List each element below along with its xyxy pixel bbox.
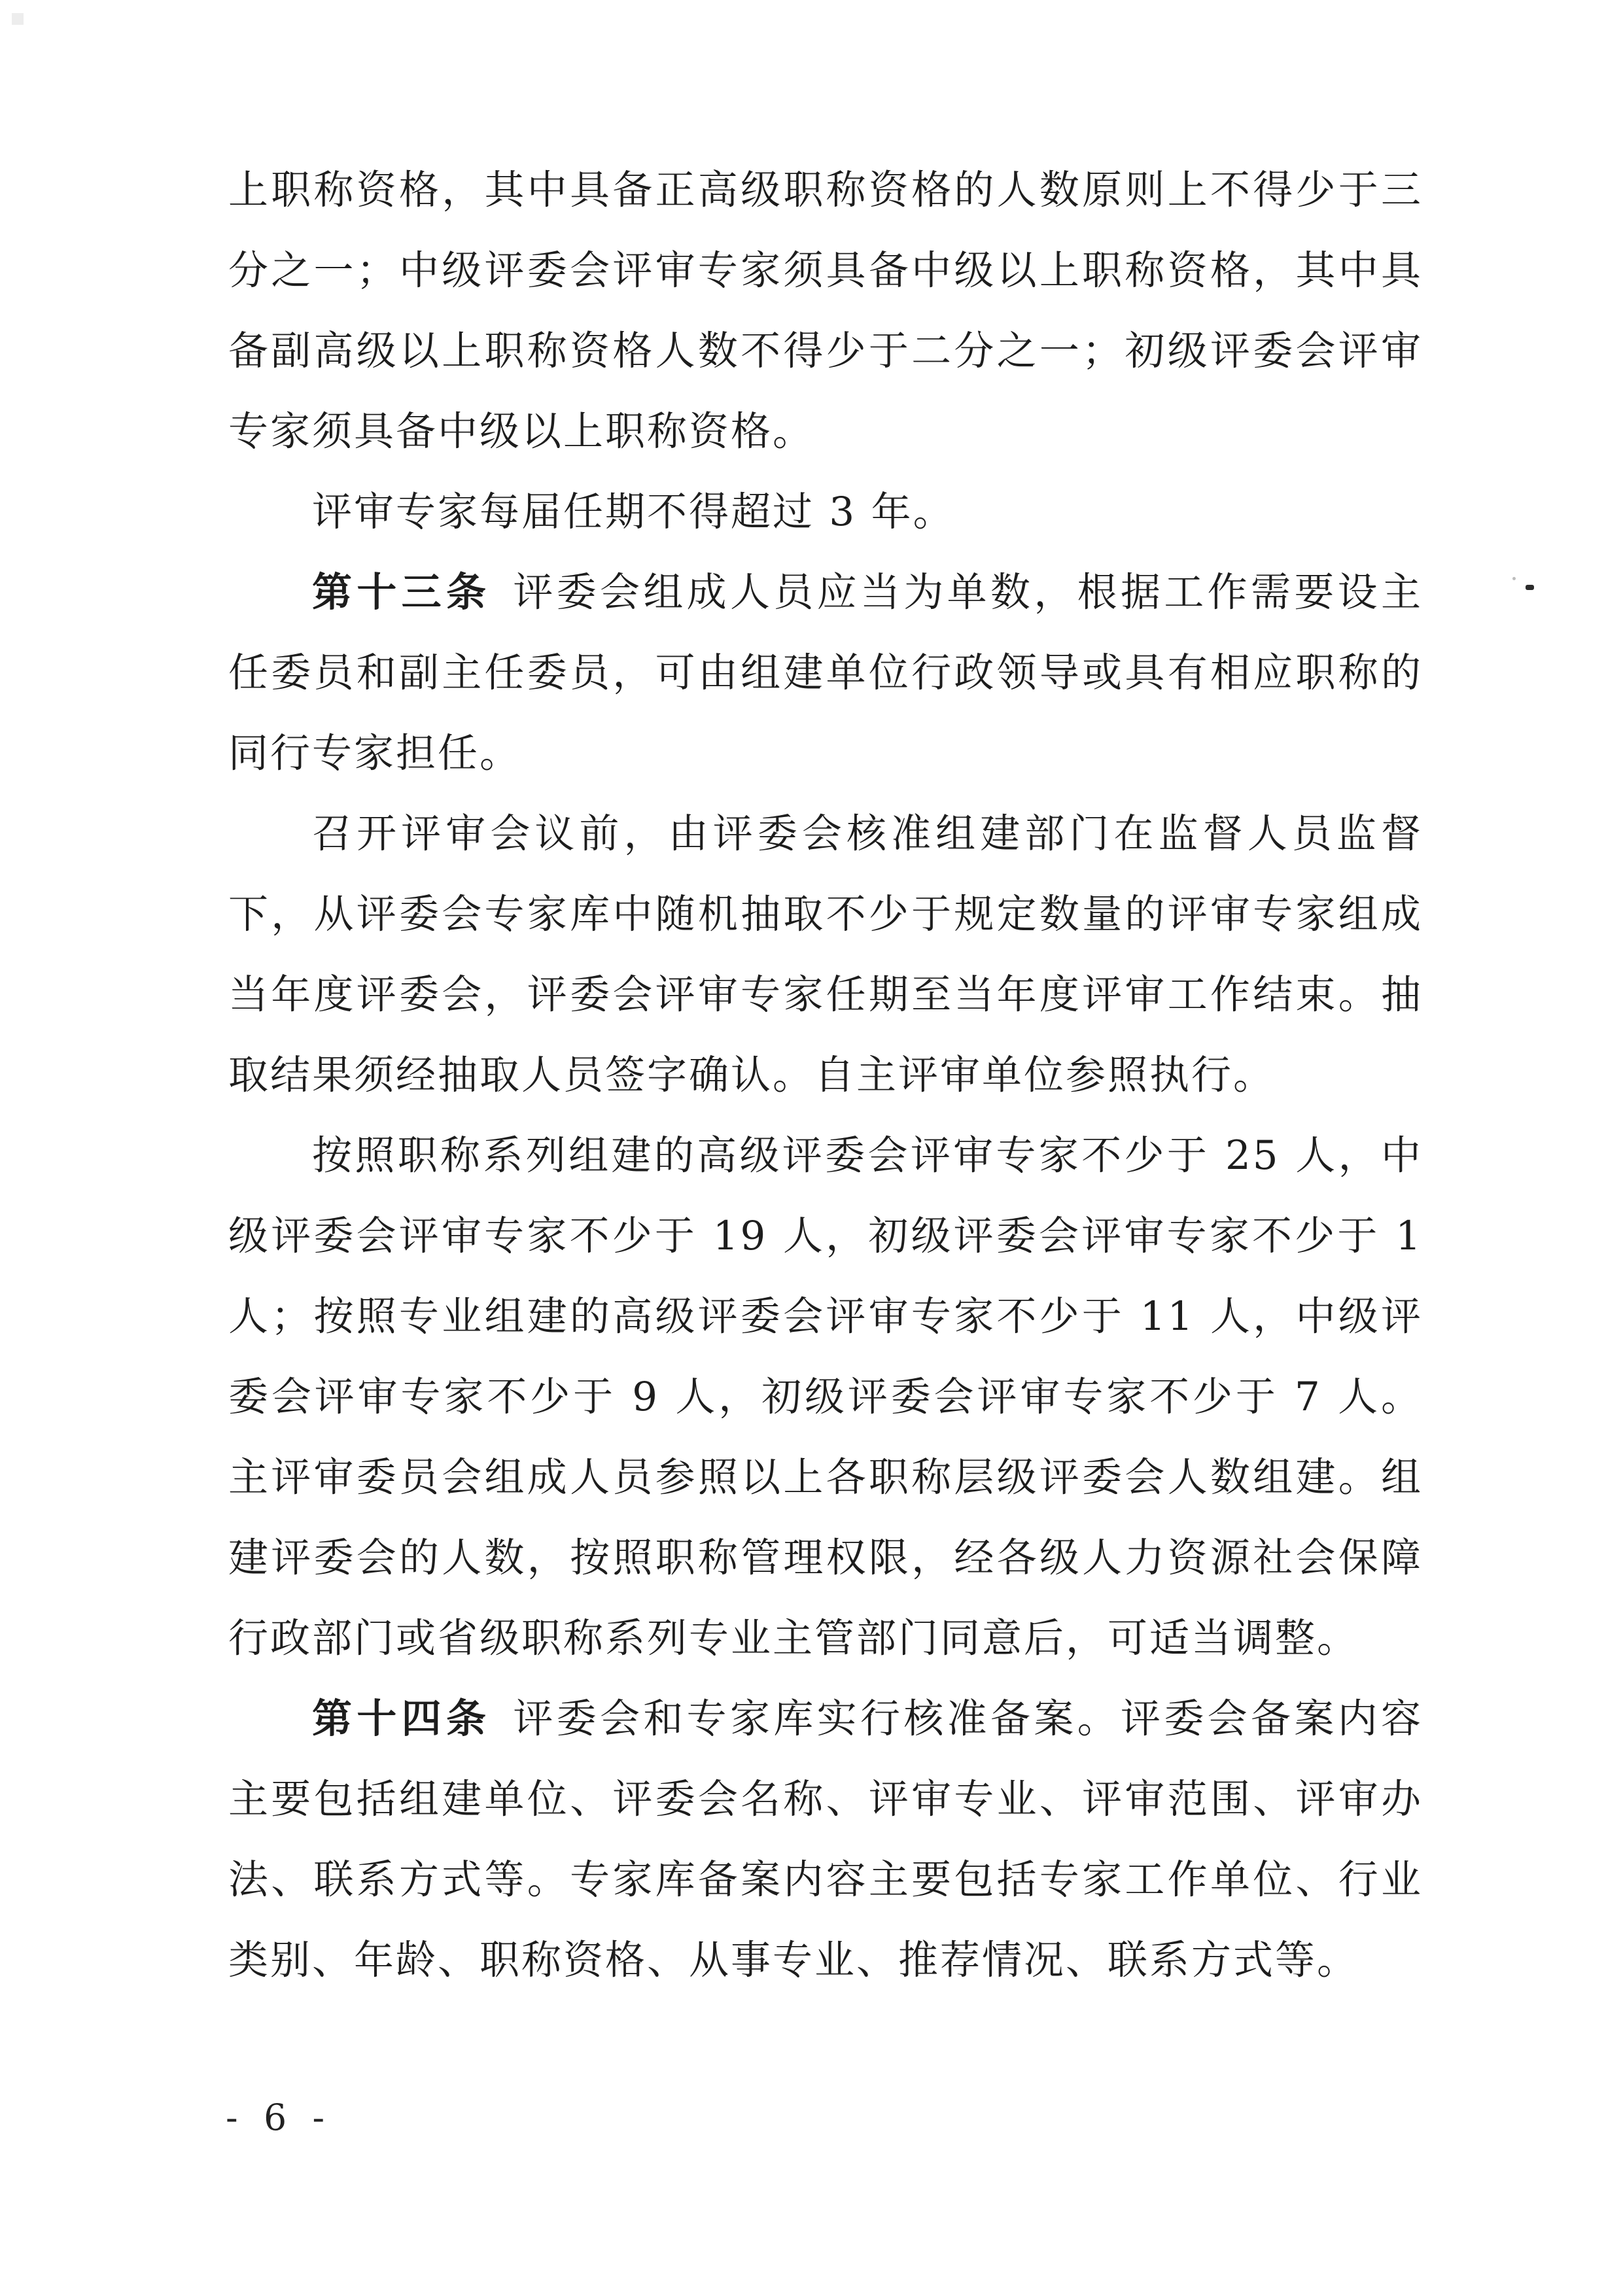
page-number: - 6 -: [226, 2096, 332, 2138]
text-line: 分之一；中级评委会评审专家须具备中级以上职称资格，其中具: [228, 230, 1423, 311]
text-line: 上职称资格，其中具备正高级职称资格的人数原则上不得少于三: [228, 150, 1423, 230]
text-line: 委会评审专家不少于 9 人，初级评委会评审专家不少于 7 人。自: [228, 1357, 1423, 1437]
document-text-block: 上职称资格，其中具备正高级职称资格的人数原则上不得少于三 分之一；中级评委会评审…: [228, 150, 1423, 2000]
scan-dot-artifact: [1512, 577, 1516, 580]
text-line: 人；按照专业组建的高级评委会评审专家不少于 11 人，中级评: [228, 1276, 1423, 1357]
scan-dot-artifact: [1526, 585, 1534, 590]
scan-smudge-artifact: [12, 13, 24, 25]
text-line: 级评委会评审专家不少于 19 人，初级评委会评审专家不少于 15: [228, 1196, 1423, 1276]
text-line: 法、联系方式等。专家库备案内容主要包括专家工作单位、行业: [228, 1839, 1423, 1920]
document-page: 上职称资格，其中具备正高级职称资格的人数原则上不得少于三 分之一；中级评委会评审…: [0, 0, 1623, 2296]
text-line: 按照职称系列组建的高级评委会评审专家不少于 25 人，中: [228, 1115, 1423, 1196]
article-13-text: 评委会组成人员应当为单数，根据工作需要设主: [513, 569, 1423, 616]
text-line-article-13: 第十三条评委会组成人员应当为单数，根据工作需要设主: [228, 552, 1423, 633]
text-line: 取结果须经抽取人员签字确认。自主评审单位参照执行。: [228, 1035, 1423, 1115]
text-line-article-14: 第十四条评委会和专家库实行核准备案。评委会备案内容: [228, 1679, 1423, 1759]
text-line: 建评委会的人数，按照职称管理权限，经各级人力资源社会保障: [228, 1518, 1423, 1598]
article-14-text: 评委会和专家库实行核准备案。评委会备案内容: [513, 1696, 1423, 1742]
text-line: 召开评审会议前，由评委会核准组建部门在监督人员监督: [228, 793, 1423, 874]
text-line: 同行专家担任。: [228, 713, 1423, 793]
text-line: 主评审委员会组成人员参照以上各职称层级评委会人数组建。组: [228, 1437, 1423, 1518]
text-line: 当年度评委会，评委会评审专家任期至当年度评审工作结束。抽: [228, 954, 1423, 1035]
text-line: 任委员和副主任委员，可由组建单位行政领导或具有相应职称的: [228, 633, 1423, 713]
text-line: 备副高级以上职称资格人数不得少于二分之一；初级评委会评审: [228, 311, 1423, 391]
text-line: 行政部门或省级职称系列专业主管部门同意后，可适当调整。: [228, 1598, 1423, 1679]
text-line: 类别、年龄、职称资格、从事专业、推荐情况、联系方式等。: [228, 1920, 1423, 2000]
article-14-heading: 第十四条: [312, 1696, 491, 1742]
text-line: 主要包括组建单位、评委会名称、评审专业、评审范围、评审办: [228, 1759, 1423, 1839]
text-line: 下，从评委会专家库中随机抽取不少于规定数量的评审专家组成: [228, 874, 1423, 954]
text-line: 专家须具备中级以上职称资格。: [228, 391, 1423, 472]
article-13-heading: 第十三条: [312, 569, 491, 616]
text-line: 评审专家每届任期不得超过 3 年。: [228, 472, 1423, 552]
